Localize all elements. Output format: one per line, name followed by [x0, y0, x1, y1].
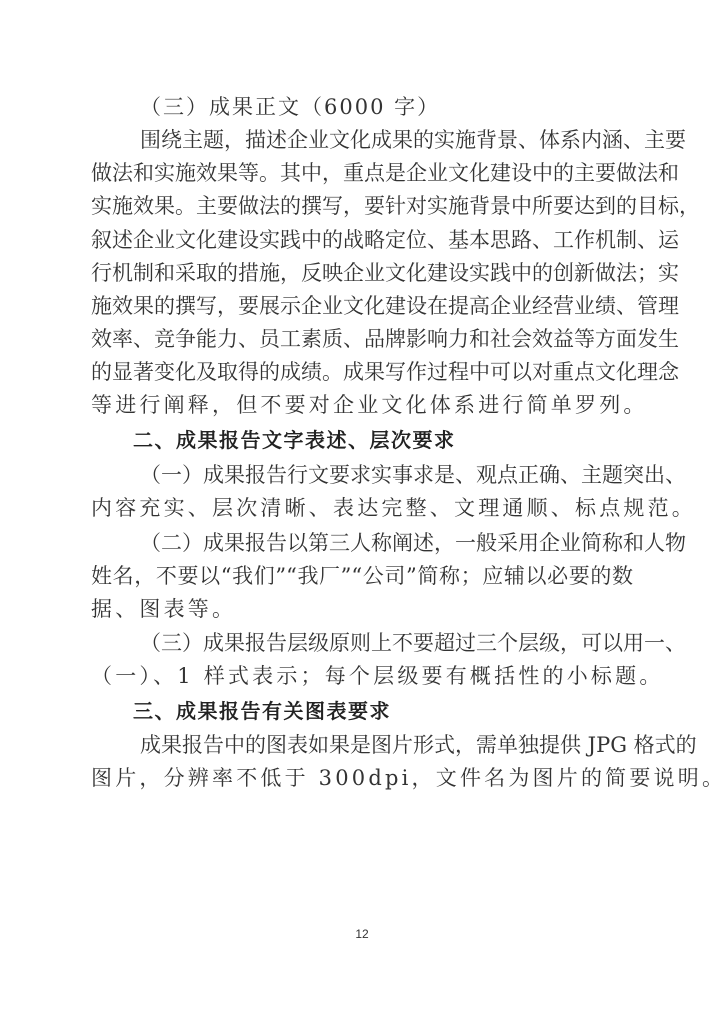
section-heading-text-requirements: 二、成果报告文字表述、层次要求	[133, 424, 675, 457]
paragraph-line: 成果报告中的图表如果是图片形式，需单独提供 JPG 格式的	[140, 729, 633, 762]
list-item-line: （三）成果报告层级原则上不要超过三个层级，可以用一、	[140, 627, 633, 660]
page-number: 12	[0, 927, 724, 941]
paragraph-line: 施效果的撰写，要展示企业文化建设在提高企业经营业绩、管理	[91, 290, 633, 323]
list-item-line: （一）成果报告行文要求实事求是、观点正确、主题突出、	[140, 459, 633, 492]
list-item-line: （一）、1 样式表示；每个层级要有概括性的小标题。	[91, 660, 633, 693]
paragraph-line: 的显著变化及取得的成绩。成果写作过程中可以对重点文化理念	[91, 356, 633, 389]
paragraph-line: 等进行阐释，但不要对企业文化体系进行简单罗列。	[91, 389, 633, 422]
section-title-results-body: （三）成果正文（6000 字）	[140, 91, 682, 124]
list-item-line: 姓名，不要以“我们”“我厂”“公司”简称；应辅以必要的数	[91, 560, 633, 593]
section-heading-chart-requirements: 三、成果报告有关图表要求	[133, 695, 675, 728]
paragraph-line: 图片，分辨率不低于 300dpi，文件名为图片的简要说明。	[91, 762, 633, 795]
document-page: （三）成果正文（6000 字） 围绕主题，描述企业文化成果的实施背景、体系内涵、…	[0, 0, 724, 1024]
paragraph-line: 围绕主题，描述企业文化成果的实施背景、体系内涵、主要	[140, 124, 633, 157]
list-item-line: （二）成果报告以第三人称阐述，一般采用企业简称和人物	[140, 527, 633, 560]
list-item-line: 据、图表等。	[91, 593, 633, 626]
paragraph-line: 叙述企业文化建设实践中的战略定位、基本思路、工作机制、运	[91, 224, 633, 257]
paragraph-line: 实施效果。主要做法的撰写，要针对实施背景中所要达到的目标，	[91, 190, 633, 223]
paragraph-line: 效率、竞争能力、员工素质、品牌影响力和社会效益等方面发生	[91, 323, 633, 356]
paragraph-line: 做法和实施效果等。其中，重点是企业文化建设中的主要做法和	[91, 157, 633, 190]
paragraph-line: 行机制和采取的措施，反映企业文化建设实践中的创新做法；实	[91, 257, 633, 290]
list-item-line: 内容充实、层次清晰、表达完整、文理通顺、标点规范。	[91, 492, 633, 525]
